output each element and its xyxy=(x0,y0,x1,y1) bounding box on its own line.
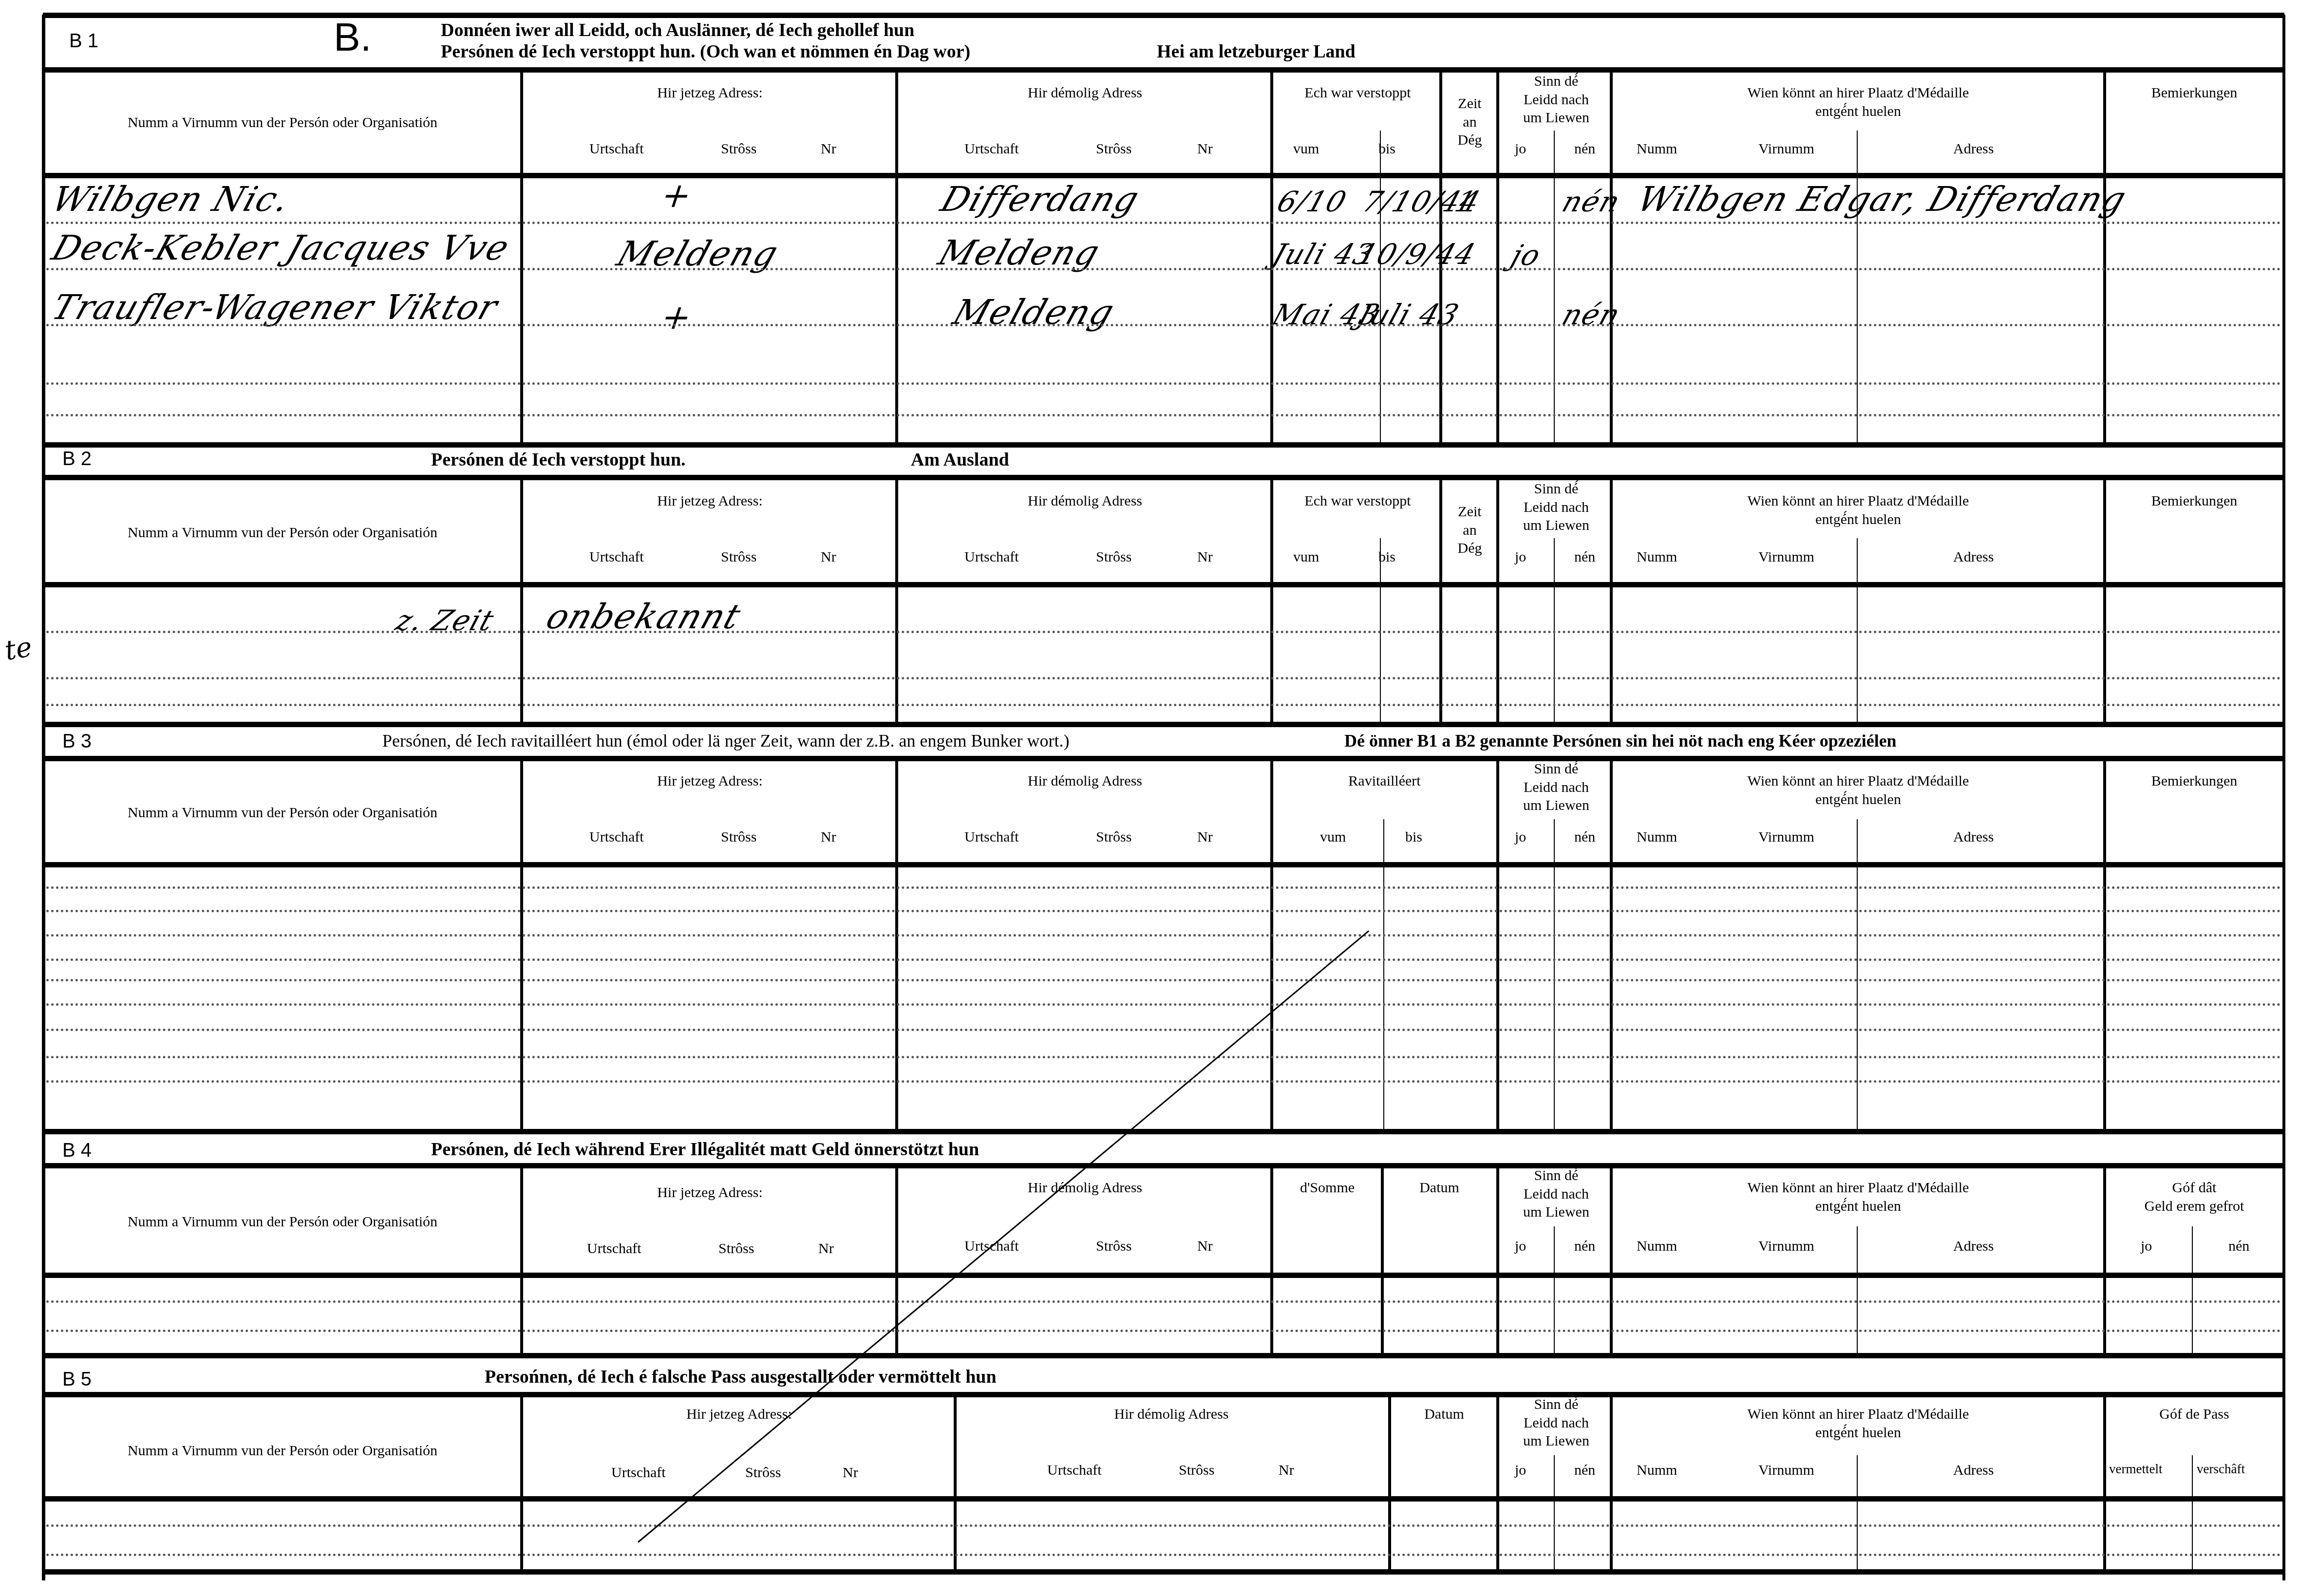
days-line3: Dég xyxy=(1444,539,1495,558)
column-rule xyxy=(2103,761,2106,1129)
col-bis: bis xyxy=(1378,140,1395,158)
column-rule xyxy=(1610,72,1613,442)
survived-line2: Leidd nach xyxy=(1500,91,1612,109)
column-rule xyxy=(895,761,898,1129)
row-guide xyxy=(46,886,2282,889)
col-jo: jo xyxy=(1515,1237,1526,1256)
col-current-address-header: Hir jetzeg Adress: xyxy=(524,1405,955,1424)
rule xyxy=(43,582,2284,587)
column-rule xyxy=(1270,480,1273,722)
column-rule xyxy=(1857,131,1858,442)
survived-line1: Sinn dé́ xyxy=(1500,760,1612,778)
survived-line3: um Liewen xyxy=(1500,796,1612,815)
section-id: B 5 xyxy=(62,1369,92,1390)
column-rule xyxy=(520,761,523,1129)
section-id: B 2 xyxy=(62,448,92,470)
column-rule xyxy=(2192,1226,2193,1353)
col-stross: Strôss xyxy=(721,548,756,566)
entry-name[interactable]: Traufler-Wagener Viktor xyxy=(47,287,504,327)
column-rule xyxy=(1388,1397,1391,1569)
col-numm: Numm xyxy=(1637,1461,1677,1480)
col-days-header: Zeit an Dég xyxy=(1444,503,1495,558)
col-numm: Numm xyxy=(1637,140,1677,158)
rule xyxy=(43,1496,2284,1502)
col-survived-header: Sinn dé́ Leidd nach um Liewen xyxy=(1500,1166,1612,1221)
col-nen: nén xyxy=(1574,828,1595,846)
rule xyxy=(43,1129,2284,1134)
col-remarks-header: Bemierkungen xyxy=(2107,84,2282,102)
column-rule xyxy=(2103,480,2106,722)
survived-line1: Sinn dé́ xyxy=(1500,1395,1612,1414)
days-line3: Dég xyxy=(1444,131,1495,150)
row-guide xyxy=(46,958,2282,961)
column-rule xyxy=(895,480,898,722)
survived-line2: Leidd nach xyxy=(1500,498,1612,517)
medal-line1: Wien könnt an hirer Plaatz d'Médaille xyxy=(1615,772,2102,790)
column-rule xyxy=(1857,1226,1858,1353)
col-nr: Nr xyxy=(821,828,836,846)
col-stross: Strôss xyxy=(1179,1461,1214,1480)
section-title: Persońnen, dé Iech é falsche Pass ausg… xyxy=(485,1366,997,1388)
entry-current-urtschaft[interactable]: + xyxy=(656,297,698,337)
col-medal-header: Wien könnt an hirer Plaatz d'Médaille en… xyxy=(1615,772,2102,808)
col-hidden-header: Ech war verstoppt xyxy=(1274,84,1442,102)
col-stross: Strôss xyxy=(721,828,756,846)
col-jo: jo xyxy=(1515,140,1526,158)
medal-line1: Wien könnt an hirer Plaatz d'Médaille xyxy=(1615,84,2102,102)
col-nr: Nr xyxy=(1197,828,1213,846)
days-line2: an xyxy=(1444,113,1495,131)
rule xyxy=(43,67,2284,73)
column-rule xyxy=(1610,1397,1613,1569)
col-urtschaft: Urtschaft xyxy=(589,548,644,566)
row-guide xyxy=(46,704,2282,706)
col-name-header: Numm a Virnumm vun der Persón oder Orga… xyxy=(46,804,519,822)
money-returned-line1: Góf dât xyxy=(2107,1179,2282,1197)
rule xyxy=(43,1353,2284,1358)
col-nen: nén xyxy=(1574,140,1595,158)
form-letter: B. xyxy=(334,15,371,60)
entry-survived-yes[interactable]: jo xyxy=(1507,239,1545,272)
col-urtschaft: Urtschaft xyxy=(587,1239,641,1258)
column-rule xyxy=(520,1168,523,1353)
rule xyxy=(43,1392,2284,1397)
col-ravit-header: Ravitailléert xyxy=(1274,772,1495,790)
col-nr: Nr xyxy=(1279,1461,1294,1480)
money-returned-line2: Geld erem gefrot xyxy=(2107,1197,2282,1216)
col-money-returned-yes: jo xyxy=(2141,1237,2152,1256)
column-rule xyxy=(1610,761,1613,1129)
column-rule xyxy=(1380,538,1381,722)
col-survived-header: Sinn dé́ Leidd nach um Liewen xyxy=(1500,72,1612,127)
form-frame-right xyxy=(2282,15,2285,1580)
col-medal-header: Wien könnt an hirer Plaatz d'Médaille en… xyxy=(1615,84,2102,120)
margin-note: te xyxy=(2,631,35,667)
col-urtschaft: Urtschaft xyxy=(964,828,1019,846)
col-nen: nén xyxy=(1574,1237,1595,1256)
col-former-address-header: Hir démolig Adress xyxy=(899,772,1271,790)
col-stross: Strôss xyxy=(718,1239,754,1258)
form-frame-left xyxy=(42,15,45,1580)
col-jo: jo xyxy=(1515,548,1526,566)
survived-line3: um Liewen xyxy=(1500,1203,1612,1221)
rule xyxy=(43,13,2284,18)
column-rule xyxy=(1439,480,1442,722)
column-rule xyxy=(1496,761,1499,1129)
medal-line2: entgé́nt huelen xyxy=(1615,102,2102,121)
col-date-header: Datum xyxy=(1383,1179,1495,1197)
col-sum-header: d'Somme xyxy=(1274,1179,1381,1197)
section-title-suffix: Am Ausland xyxy=(911,449,1009,470)
row-guide xyxy=(46,382,2282,385)
column-rule xyxy=(520,1397,523,1569)
column-rule xyxy=(2103,1397,2106,1569)
col-survived-header: Sinn dé́ Leidd nach um Liewen xyxy=(1500,480,1612,535)
col-adress: Adress xyxy=(1953,1461,1994,1480)
medal-line2: entgé́nt huelen xyxy=(1615,1424,2102,1442)
section-id: B 4 xyxy=(62,1140,92,1162)
column-rule xyxy=(1857,538,1858,722)
column-rule xyxy=(1380,131,1381,442)
col-adress: Adress xyxy=(1953,140,1994,158)
entry-survived-no[interactable]: nén xyxy=(1558,185,1625,218)
medal-line1: Wien könnt an hirer Plaatz d'Médaille xyxy=(1615,1179,2102,1197)
column-rule xyxy=(520,480,523,722)
col-adress: Adress xyxy=(1953,1237,1994,1256)
col-current-address-header: Hir jetzeg Adress: xyxy=(524,84,896,102)
section-title-suffix: Dé önner B1 a B2 genannte Persónen sin… xyxy=(1344,731,1897,751)
col-urtschaft: Urtschaft xyxy=(589,828,644,846)
col-nr: Nr xyxy=(1197,1237,1213,1256)
column-rule xyxy=(1610,480,1613,722)
survived-line1: Sinn dé́ xyxy=(1500,480,1612,498)
col-jo: jo xyxy=(1515,1461,1526,1480)
rule xyxy=(43,862,2284,867)
survived-line2: Leidd nach xyxy=(1500,778,1612,797)
col-medal-header: Wien könnt an hirer Plaatz d'Médaille en… xyxy=(1615,1179,2102,1215)
col-adress: Adress xyxy=(1953,828,1994,846)
col-stross: Strôss xyxy=(745,1464,781,1482)
col-name-header: Numm a Virnumm vun der Persón oder Orga… xyxy=(46,113,519,132)
col-vum: vum xyxy=(1293,140,1319,158)
rule xyxy=(43,1163,2284,1168)
col-urtschaft: Urtschaft xyxy=(589,140,644,158)
column-rule xyxy=(1554,538,1555,722)
section-title: Persónen, dé Iech während Erer Illégal… xyxy=(431,1139,979,1160)
column-rule xyxy=(1439,72,1442,442)
row-guide xyxy=(46,934,2282,937)
column-rule xyxy=(1496,1168,1499,1353)
col-virnumm: Virnumm xyxy=(1758,828,1814,846)
row-guide xyxy=(46,631,2282,633)
row-guide xyxy=(46,1029,2282,1031)
col-numm: Numm xyxy=(1637,548,1677,566)
column-rule xyxy=(895,72,898,442)
col-jo: jo xyxy=(1515,828,1526,846)
col-vum: vum xyxy=(1293,548,1319,566)
row-guide xyxy=(46,1554,2282,1556)
column-rule xyxy=(1554,1226,1555,1353)
col-vum: vum xyxy=(1320,828,1346,846)
entry-vum[interactable]: 6/10 xyxy=(1273,185,1351,218)
col-urtschaft: Urtschaft xyxy=(1047,1461,1102,1480)
col-nr: Nr xyxy=(821,140,836,158)
col-stross: Strôss xyxy=(1096,548,1131,566)
col-former-address-header: Hir démolig Adress xyxy=(899,1179,1271,1197)
entry-name[interactable]: Deck-Kebler Jacques Vve xyxy=(47,228,515,268)
col-survived-header: Sinn dé́ Leidd nach um Liewen xyxy=(1500,1395,1612,1450)
col-former-address-header: Hir démolig Adress xyxy=(899,492,1271,510)
row-guide xyxy=(46,1524,2282,1527)
survived-line3: um Liewen xyxy=(1500,1432,1612,1450)
medal-line2: entgé́nt huelen xyxy=(1615,510,2102,529)
entry-medal-recipient[interactable]: Wilbgen Edgar, Differdang xyxy=(1633,179,2132,219)
col-numm: Numm xyxy=(1637,1237,1677,1256)
col-former-address-header: Hir démolig Adress xyxy=(957,1405,1386,1424)
col-bis: bis xyxy=(1378,548,1395,566)
col-virnumm: Virnumm xyxy=(1758,140,1814,158)
col-date-header: Datum xyxy=(1393,1405,1495,1424)
column-rule xyxy=(1857,1455,1858,1569)
col-hidden-header: Ech war verstoppt xyxy=(1274,492,1442,510)
entry-former-urtschaft[interactable]: Differdang xyxy=(936,179,1145,219)
col-virnumm: Virnumm xyxy=(1758,548,1814,566)
section-id: B 3 xyxy=(62,731,92,752)
column-rule xyxy=(2103,1168,2106,1353)
col-stross: Strôss xyxy=(1096,828,1131,846)
strike-through-line xyxy=(638,930,1369,1542)
survived-line3: um Liewen xyxy=(1500,516,1612,535)
col-nen: nén xyxy=(1574,548,1595,566)
col-name-header: Numm a Virnumm vun der Persón oder Orga… xyxy=(46,1442,519,1460)
entry-current-urtschaft[interactable]: + xyxy=(656,175,698,215)
survived-line3: um Liewen xyxy=(1500,109,1612,127)
column-rule xyxy=(1270,761,1273,1129)
col-nen: nén xyxy=(1574,1461,1595,1480)
medal-line1: Wien könnt an hirer Plaatz d'Médaille xyxy=(1615,1405,2102,1424)
col-adress: Adress xyxy=(1953,548,1994,566)
survived-line1: Sinn dé́ xyxy=(1500,72,1612,91)
section-title: Persónen dé Iech verstoppt hun. xyxy=(431,449,686,470)
column-rule xyxy=(1496,1397,1499,1569)
column-rule xyxy=(1496,480,1499,722)
row-guide xyxy=(46,979,2282,981)
section-title: Donnéen iwer all Leidd, och Auslänner, d… xyxy=(441,19,914,41)
column-rule xyxy=(2103,72,2106,442)
col-urtschaft: Urtschaft xyxy=(964,548,1019,566)
col-procured: verschâft xyxy=(2197,1461,2245,1478)
col-current-address-header: Hir jetzeg Adress: xyxy=(524,492,896,510)
medal-line2: entgé́nt huelen xyxy=(1615,1197,2102,1216)
survived-line2: Leidd nach xyxy=(1500,1414,1612,1432)
medal-line1: Wien könnt an hirer Plaatz d'Médaille xyxy=(1615,492,2102,510)
row-guide xyxy=(46,414,2282,416)
col-stross: Strôss xyxy=(1096,1237,1131,1256)
col-medal-header: Wien könnt an hirer Plaatz d'Médaille en… xyxy=(1615,492,2102,528)
entry-name[interactable]: Wilbgen Nic. xyxy=(47,179,296,219)
col-numm: Numm xyxy=(1637,828,1677,846)
rule xyxy=(43,475,2284,480)
col-urtschaft: Urtschaft xyxy=(964,140,1019,158)
column-rule xyxy=(1496,72,1499,442)
section-title-line2: Persónen dé Iech verstoppt hun. (Och w… xyxy=(441,41,970,62)
row-guide xyxy=(46,268,2282,270)
col-nr: Nr xyxy=(843,1464,858,1482)
col-stross: Strôss xyxy=(721,140,756,158)
row-guide xyxy=(46,222,2282,224)
col-name-header: Numm a Virnumm vun der Persón oder Orga… xyxy=(46,524,519,542)
section-title-suffix: Hei am letzeburger Land xyxy=(1157,41,1356,62)
column-rule xyxy=(1610,1168,1613,1353)
col-former-address-header: Hir démolig Adress xyxy=(899,84,1271,102)
col-passport-header: Góf de Pass xyxy=(2107,1405,2282,1424)
rule xyxy=(43,722,2284,727)
survived-line1: Sinn dé́ xyxy=(1500,1166,1612,1185)
row-guide xyxy=(46,1080,2282,1083)
days-line2: an xyxy=(1444,521,1495,540)
row-guide xyxy=(46,1003,2282,1006)
column-rule xyxy=(1381,1168,1384,1353)
medal-line2: entgé́nt huelen xyxy=(1615,790,2102,809)
col-remarks-header: Bemierkungen xyxy=(2107,772,2282,790)
col-money-returned-header: Góf dât Geld erem gefrot xyxy=(2107,1179,2282,1215)
col-remarks-header: Bemierkungen xyxy=(2107,492,2282,510)
rule xyxy=(43,173,2284,178)
row-guide xyxy=(46,910,2282,912)
col-nr: Nr xyxy=(818,1239,834,1258)
rule xyxy=(43,756,2284,761)
section-title: Persónen, dé Iech ravitailléert hun (… xyxy=(382,731,1070,751)
col-money-returned-no: nén xyxy=(2228,1237,2249,1256)
col-bis: bis xyxy=(1405,828,1422,846)
rule xyxy=(43,442,2284,448)
col-stross: Strôss xyxy=(1096,140,1131,158)
entry-former-urtschaft[interactable]: Meldeng xyxy=(934,233,1105,273)
column-rule xyxy=(954,1397,957,1569)
column-rule xyxy=(2192,1455,2193,1569)
days-line1: Zeit xyxy=(1444,503,1495,521)
entry-bis[interactable]: 10/9/44 xyxy=(1354,238,1480,271)
col-virnumm: Virnumm xyxy=(1758,1237,1814,1256)
column-rule xyxy=(1270,1168,1273,1353)
col-arranged: vermettelt xyxy=(2109,1461,2162,1478)
days-line1: Zeit xyxy=(1444,94,1495,113)
row-guide xyxy=(46,1300,2282,1303)
row-guide xyxy=(46,677,2282,679)
row-guide xyxy=(46,1330,2282,1332)
col-medal-header: Wien könnt an hirer Plaatz d'Médaille en… xyxy=(1615,1405,2102,1442)
col-name-header: Numm a Virnumm vun der Persón oder Orga… xyxy=(46,1213,519,1231)
col-nr: Nr xyxy=(1197,140,1213,158)
row-guide xyxy=(46,1056,2282,1058)
column-rule xyxy=(1270,72,1273,442)
row-guide xyxy=(46,324,2282,326)
col-virnumm: Virnumm xyxy=(1758,1461,1814,1480)
col-nr: Nr xyxy=(1197,548,1213,566)
col-survived-header: Sinn dé́ Leidd nach um Liewen xyxy=(1500,760,1612,815)
rule xyxy=(43,1569,2284,1575)
col-urtschaft: Urtschaft xyxy=(611,1464,666,1482)
column-rule xyxy=(1554,131,1555,442)
col-current-address-header: Hir jetzeg Adress: xyxy=(524,1183,896,1202)
col-days-header: Zeit an Dég xyxy=(1444,94,1495,150)
col-nr: Nr xyxy=(821,548,836,566)
col-current-address-header: Hir jetzeg Adress: xyxy=(524,772,896,790)
section-id: B 1 xyxy=(69,30,98,52)
rule xyxy=(43,1273,2284,1278)
column-rule xyxy=(520,72,523,442)
survived-line2: Leidd nach xyxy=(1500,1185,1612,1203)
column-rule xyxy=(1554,1455,1555,1569)
